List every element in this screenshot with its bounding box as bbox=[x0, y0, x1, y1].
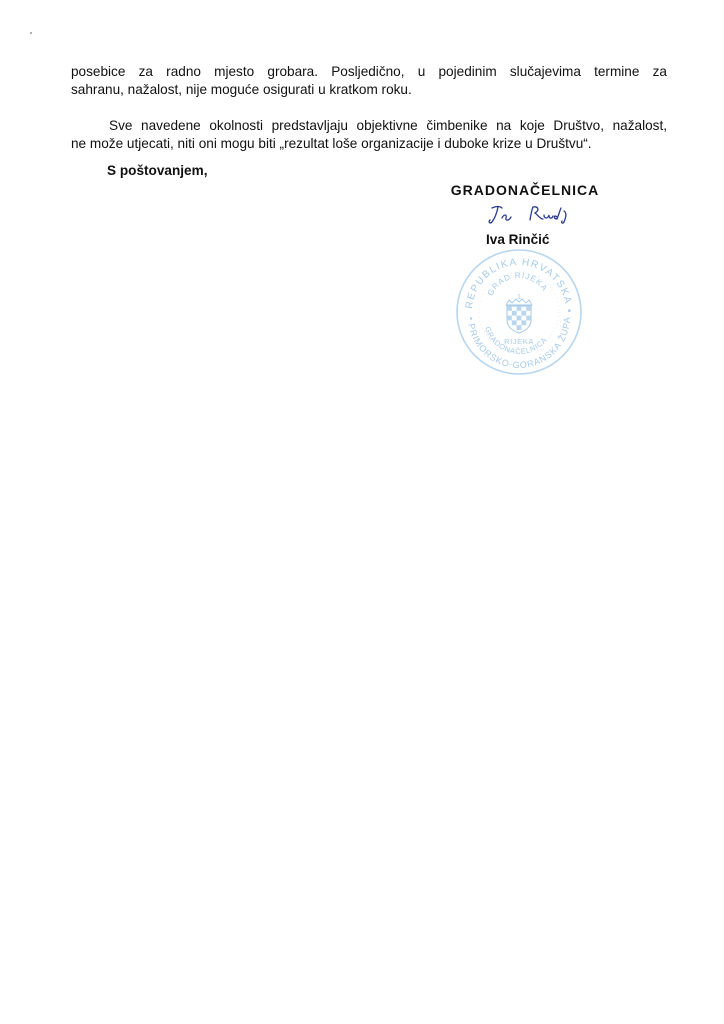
scan-speck bbox=[30, 32, 32, 34]
signature-block: GRADONAČELNICA bbox=[440, 182, 610, 226]
paragraph-2-line-2: ne može utjecati, niti oni mogu biti „re… bbox=[71, 135, 667, 153]
paragraph-1-line-1: posebice za radno mjesto grobara. Poslje… bbox=[71, 63, 667, 81]
svg-text:REPUBLIKA HRVATSKA •: REPUBLIKA HRVATSKA • bbox=[464, 257, 574, 314]
document-page: posebice za radno mjesto grobara. Poslje… bbox=[0, 0, 724, 1024]
svg-text:RIJEKA: RIJEKA bbox=[504, 337, 534, 346]
paragraph-2: Sve navedene okolnosti predstavljaju obj… bbox=[71, 117, 667, 153]
paragraph-1: posebice za radno mjesto grobara. Poslje… bbox=[71, 63, 667, 99]
paragraph-1-line-2: sahranu, nažalost, nije moguće osigurati… bbox=[71, 81, 667, 99]
handwritten-signature bbox=[440, 202, 610, 226]
official-stamp: REPUBLIKA HRVATSKA • • PRIMORSKO-GORANSK… bbox=[454, 247, 584, 377]
signatory-title: GRADONAČELNICA bbox=[440, 182, 610, 198]
closing-greeting: S poštovanjem, bbox=[107, 163, 207, 178]
paragraph-2-line-1: Sve navedene okolnosti predstavljaju obj… bbox=[71, 117, 667, 135]
signatory-name: Iva Rinčić bbox=[486, 232, 549, 247]
